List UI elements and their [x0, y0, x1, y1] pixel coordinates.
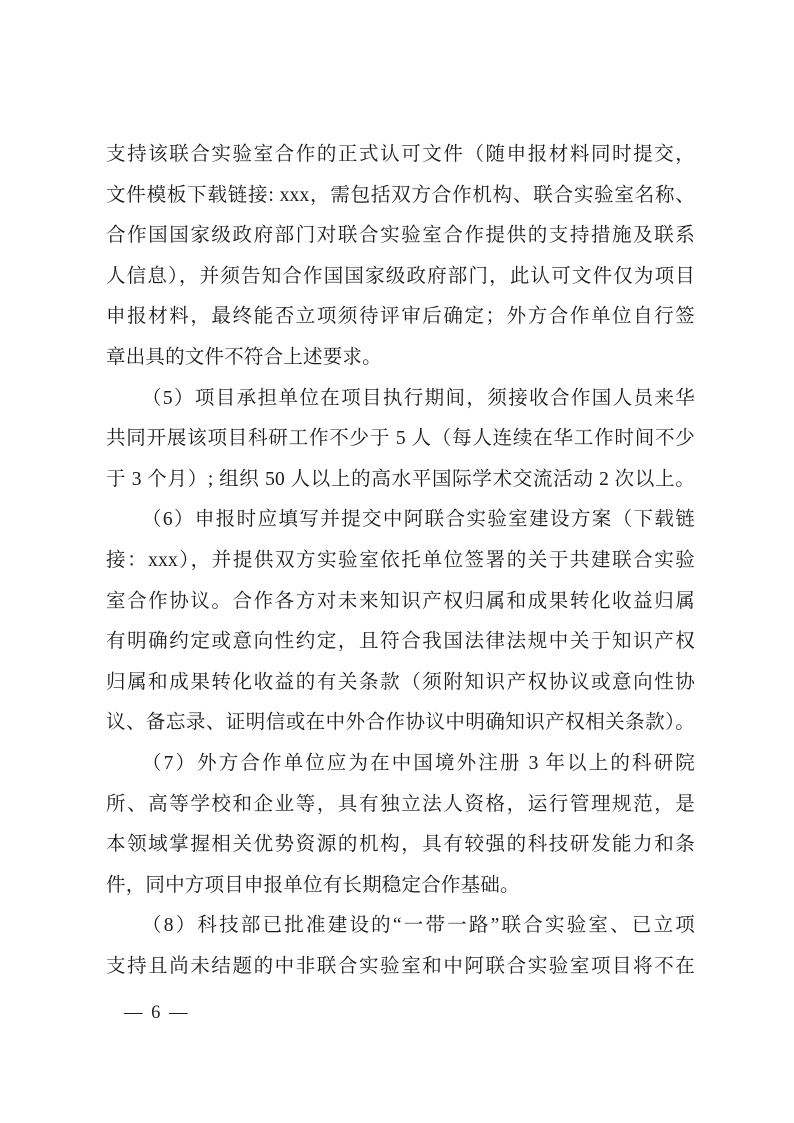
text-line: 支持该联合实验室合作的正式认可文件（随申报材料同时提交， [106, 135, 695, 176]
paragraph: （5）项目承担单位在项目执行期间，须接收合作国人员来华共同开展该项目科研工作不少… [106, 379, 695, 501]
text-line: 申报材料，最终能否立项须待评审后确定；外方合作单位自行签 [106, 297, 695, 338]
text-line: （8）科技部已批准建设的“一带一路”联合实验室、已立项 [106, 906, 695, 947]
text-line: 件，同中方项目申报单位有长期稳定合作基础。 [106, 866, 695, 907]
text-line: 共同开展该项目科研工作不少于 5 人（每人连续在华工作时间不少 [106, 419, 695, 460]
text-line: 归属和成果转化收益的有关条款（须附知识产权协议或意向性协 [106, 663, 695, 704]
text-line: 本领域掌握相关优势资源的机构，具有较强的科技研发能力和条 [106, 825, 695, 866]
text-line: 接：xxx），并提供双方实验室依托单位签署的关于共建联合实验 [106, 541, 695, 582]
text-line: （7）外方合作单位应为在中国境外注册 3 年以上的科研院 [106, 744, 695, 785]
text-line: 有明确约定或意向性约定，且符合我国法律法规中关于知识产权 [106, 622, 695, 663]
text-line: 合作国国家级政府部门对联合实验室合作提供的支持措施及联系 [106, 216, 695, 257]
document-page: 支持该联合实验室合作的正式认可文件（随申报材料同时提交，文件模板下载链接: xx… [0, 0, 794, 1123]
text-line: 人信息），并须告知合作国国家级政府部门，此认可文件仅为项目 [106, 257, 695, 298]
paragraph: （7）外方合作单位应为在中国境外注册 3 年以上的科研院所、高等学校和企业等，具… [106, 744, 695, 906]
page-number: — 6 — [124, 1000, 190, 1026]
paragraph: 支持该联合实验室合作的正式认可文件（随申报材料同时提交，文件模板下载链接: xx… [106, 135, 695, 379]
text-line: （6）申报时应填写并提交中阿联合实验室建设方案（下载链 [106, 500, 695, 541]
paragraph: （8）科技部已批准建设的“一带一路”联合实验室、已立项支持且尚未结题的中非联合实… [106, 906, 695, 987]
text-line: （5）项目承担单位在项目执行期间，须接收合作国人员来华 [106, 379, 695, 420]
text-line: 支持且尚未结题的中非联合实验室和中阿联合实验室项目将不在 [106, 947, 695, 988]
text-line: 于 3 个月）; 组织 50 人以上的高水平国际学术交流活动 2 次以上。 [106, 460, 695, 501]
text-line: 文件模板下载链接: xxx，需包括双方合作机构、联合实验室名称、 [106, 176, 695, 217]
text-line: 所、高等学校和企业等，具有独立法人资格，运行管理规范，是 [106, 785, 695, 826]
text-line: 议、备忘录、证明信或在中外合作协议中明确知识产权相关条款）。 [106, 703, 695, 744]
document-body: 支持该联合实验室合作的正式认可文件（随申报材料同时提交，文件模板下载链接: xx… [106, 135, 695, 987]
text-line: 章出具的文件不符合上述要求。 [106, 338, 695, 379]
paragraph: （6）申报时应填写并提交中阿联合实验室建设方案（下载链接：xxx），并提供双方实… [106, 500, 695, 744]
text-line: 室合作协议。合作各方对未来知识产权归属和成果转化收益归属 [106, 582, 695, 623]
